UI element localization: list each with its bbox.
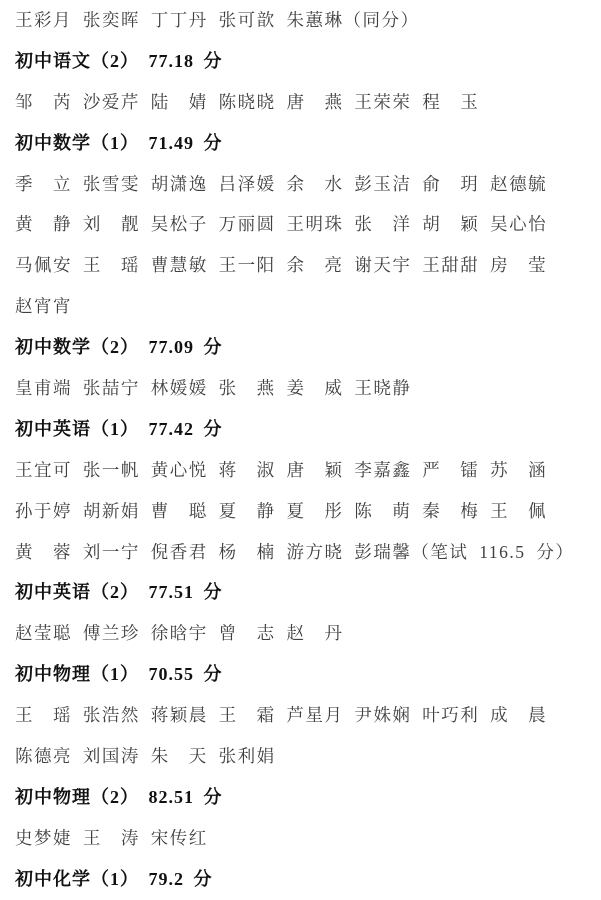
name-list-line: 史梦婕 王 涛 宋传红 <box>15 818 587 859</box>
name-list-line: 陈德亮 刘国涛 朱 天 张利娟 <box>15 736 587 777</box>
subject-score-heading: 初中数学（1） 71.49 分 <box>15 123 587 164</box>
subject-score-heading: 初中语文（2） 77.18 分 <box>15 41 587 82</box>
name-list-line: 季 立 张雪雯 胡潇逸 吕泽媛 余 水 彭玉洁 俞 玥 赵德毓 <box>15 164 587 205</box>
score-report-document: 王彩月 张奕晖 丁丁丹 张可歆 朱蕙琳（同分） 初中语文（2） 77.18 分 … <box>0 0 601 900</box>
name-list-line: 王宜可 张一帆 黄心悦 蒋 淑 唐 颖 李嘉鑫 严 镭 苏 涵 <box>15 450 587 491</box>
name-list-line: 黄 蓉 刘一宁 倪香君 杨 楠 游方晓 彭瑞馨（笔试 116.5 分） <box>15 532 587 573</box>
subject-score-heading: 初中物理（1） 70.55 分 <box>15 654 587 695</box>
name-list-line: 邹 芮 沙爱芹 陆 婧 陈晓晓 唐 燕 王荣荣 程 玉 <box>15 82 587 123</box>
subject-score-heading: 初中化学（1） 79.2 分 <box>15 859 587 900</box>
name-list-line: 马佩安 王 瑶 曹慧敏 王一阳 余 亮 谢天宇 王甜甜 房 莹 <box>15 245 587 286</box>
subject-score-heading: 初中英语（1） 77.42 分 <box>15 409 587 450</box>
subject-score-heading: 初中英语（2） 77.51 分 <box>15 572 587 613</box>
name-list-line: 王 瑶 张浩然 蒋颖晨 王 霜 芦星月 尹姝娴 叶巧利 成 晨 <box>15 695 587 736</box>
name-list-line: 赵莹聪 傅兰珍 徐晗宇 曾 志 赵 丹 <box>15 613 587 654</box>
name-list-line: 皇甫端 张喆宁 林媛媛 张 燕 姜 威 王晓静 <box>15 368 587 409</box>
name-list-line: 黄 静 刘 靓 吴松子 万丽圆 王明珠 张 洋 胡 颖 吴心怡 <box>15 204 587 245</box>
subject-score-heading: 初中数学（2） 77.09 分 <box>15 327 587 368</box>
subject-score-heading: 初中物理（2） 82.51 分 <box>15 777 587 818</box>
name-list-line: 孙于婷 胡新娟 曹 聪 夏 静 夏 彤 陈 萌 秦 梅 王 佩 <box>15 491 587 532</box>
name-list-line: 王彩月 张奕晖 丁丁丹 张可歆 朱蕙琳（同分） <box>15 0 587 41</box>
name-list-line: 赵宵宵 <box>15 286 587 327</box>
